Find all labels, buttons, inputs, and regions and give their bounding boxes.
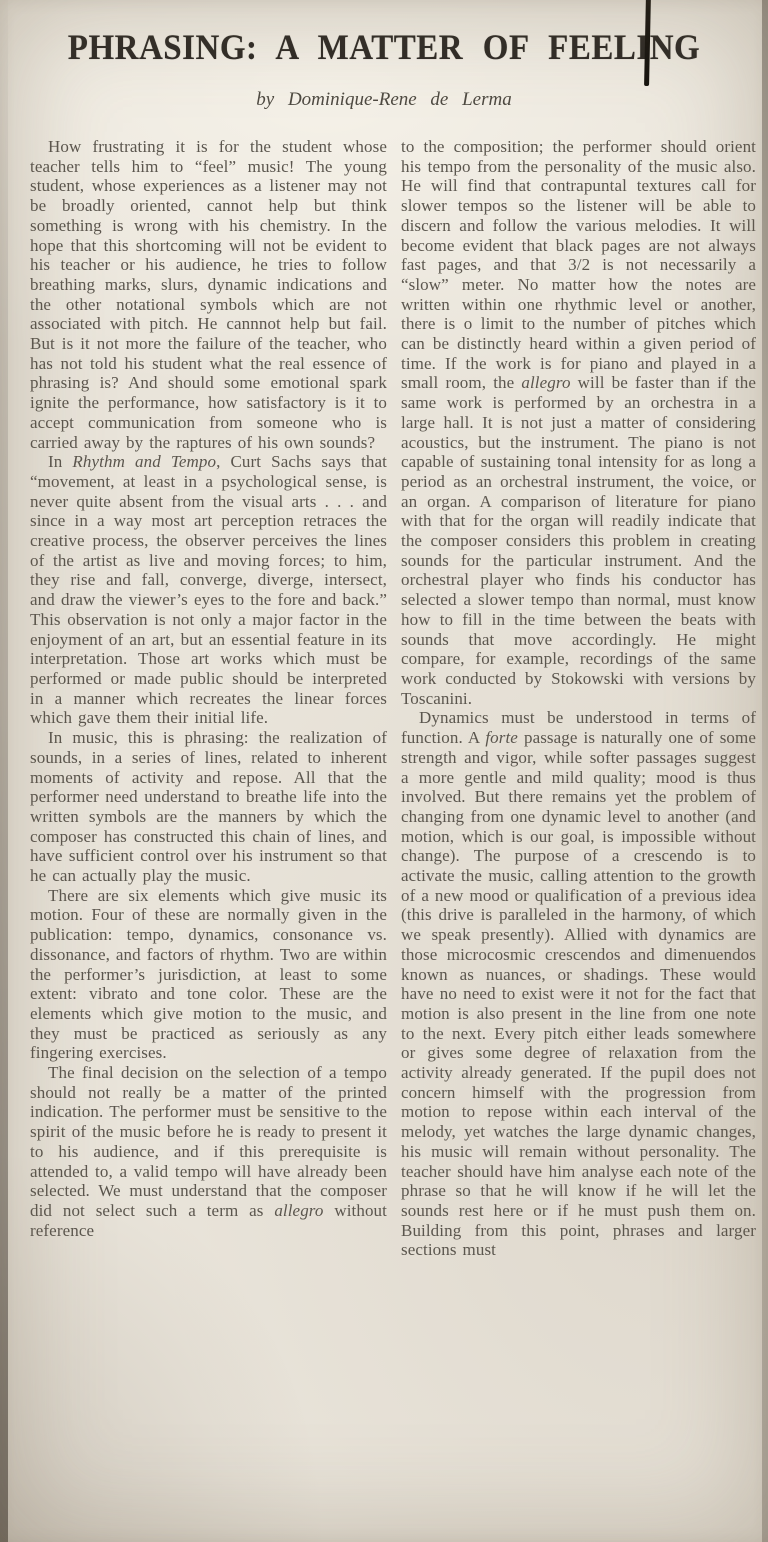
- byline: by Dominique-Rene de Lerma: [0, 89, 768, 111]
- article-header: PHRASING: A MATTER OF FEELING by Dominiq…: [0, 0, 768, 111]
- italic-text-segment: Rhythm and Tempo: [72, 452, 216, 471]
- paragraph: The final decision on the selection of a…: [30, 1063, 387, 1240]
- italic-text-segment: allegro: [274, 1201, 323, 1220]
- paragraph: How frustrating it is for the student wh…: [30, 137, 387, 452]
- article-body: How frustrating it is for the student wh…: [0, 137, 768, 1260]
- paragraph: to the composition; the performer should…: [401, 137, 756, 708]
- paragraph: In music, this is phrasing: the realizat…: [30, 728, 387, 886]
- text-segment: will be faster than if the same work is …: [401, 373, 756, 707]
- text-segment: How frustrating it is for the student wh…: [30, 137, 387, 452]
- text-segment: to the composition; the performer should…: [401, 137, 756, 392]
- text-segment: In: [48, 452, 72, 471]
- scanned-page: PHRASING: A MATTER OF FEELING by Dominiq…: [0, 0, 768, 1542]
- text-segment: The final decision on the selection of a…: [30, 1063, 387, 1220]
- text-segment: passage is naturally one of some strengt…: [401, 728, 756, 1259]
- right-column: to the composition; the performer should…: [401, 137, 756, 1260]
- italic-text-segment: allegro: [521, 373, 570, 392]
- italic-text-segment: forte: [485, 728, 518, 747]
- text-segment: , Curt Sachs says that “movement, at lea…: [30, 452, 387, 727]
- paragraph: In Rhythm and Tempo, Curt Sachs says tha…: [30, 452, 387, 728]
- left-column: How frustrating it is for the student wh…: [30, 137, 387, 1260]
- paragraph: There are six elements which give music …: [30, 886, 387, 1063]
- paragraph: Dynamics must be understood in terms of …: [401, 708, 756, 1260]
- page-title: PHRASING: A MATTER OF FEELING: [0, 29, 768, 69]
- text-segment: There are six elements which give music …: [30, 886, 387, 1063]
- text-segment: In music, this is phrasing: the realizat…: [30, 728, 387, 885]
